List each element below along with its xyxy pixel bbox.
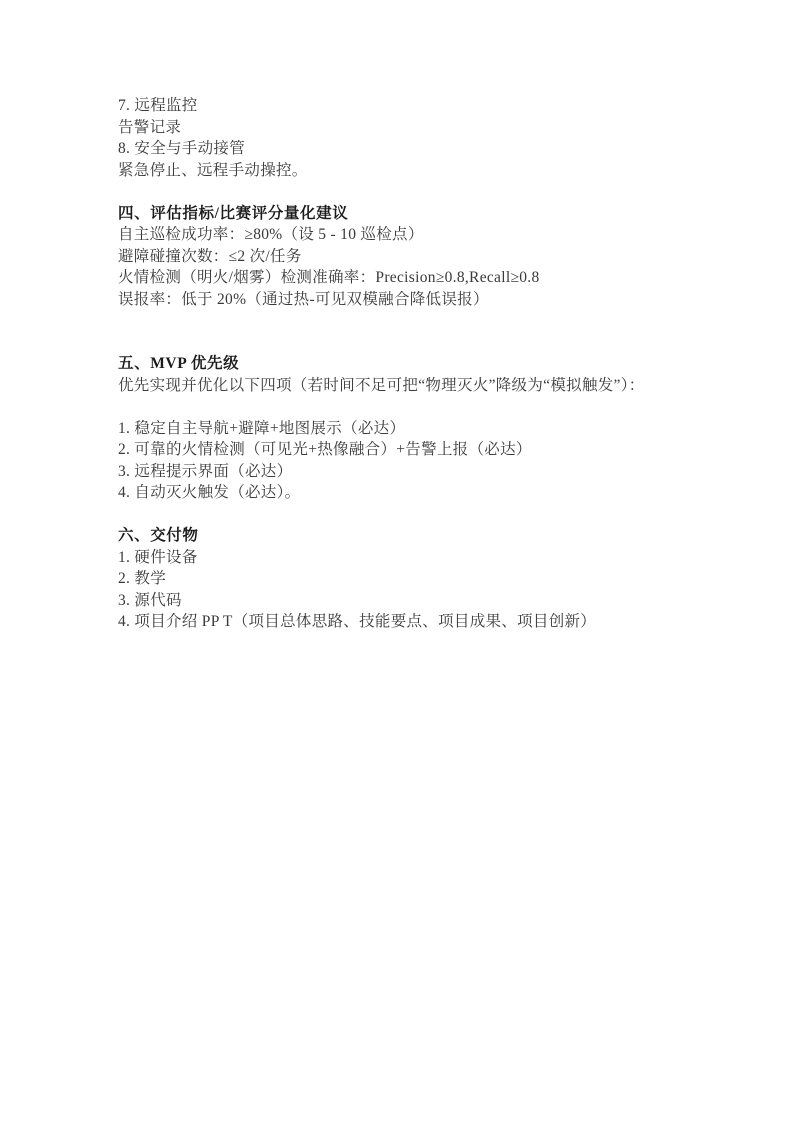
document-page: 7. 远程监控告警记录8. 安全与手动接管紧急停止、远程手动操控。四、评估指标/… [0, 0, 793, 1122]
text-line: 优先实现并优化以下四项（若时间不足可把“物理灭火”降级为“模拟触发”）： [118, 375, 733, 397]
blank-line [118, 504, 733, 526]
text-line: 4. 自动灭火触发（必达）。 [118, 482, 733, 504]
text-line: 3. 源代码 [118, 590, 733, 612]
blank-line [118, 181, 733, 203]
text-line: 7. 远程监控 [118, 95, 733, 117]
text-line: 2. 教学 [118, 568, 733, 590]
text-line: 4. 项目介绍 PP T（项目总体思路、技能要点、项目成果、项目创新） [118, 611, 733, 633]
section-heading: 六、交付物 [118, 525, 733, 547]
text-line: 告警记录 [118, 117, 733, 139]
text-line: 紧急停止、远程手动操控。 [118, 160, 733, 182]
text-line: 8. 安全与手动接管 [118, 138, 733, 160]
text-line: 2. 可靠的火情检测（可见光+热像融合）+告警上报（必达） [118, 439, 733, 461]
document-content: 7. 远程监控告警记录8. 安全与手动接管紧急停止、远程手动操控。四、评估指标/… [0, 0, 793, 633]
section-heading: 四、评估指标/比赛评分量化建议 [118, 203, 733, 225]
blank-line [118, 396, 733, 418]
text-line: 1. 稳定自主导航+避障+地图展示（必达） [118, 418, 733, 440]
text-line: 自主巡检成功率：≥80%（设 5 - 10 巡检点） [118, 224, 733, 246]
text-line: 误报率：低于 20%（通过热-可见双模融合降低误报） [118, 289, 733, 311]
text-line: 避障碰撞次数：≤2 次/任务 [118, 246, 733, 268]
text-line: 1. 硬件设备 [118, 547, 733, 569]
text-line: 火情检测（明火/烟雾）检测准确率：Precision≥0.8,Recall≥0.… [118, 267, 733, 289]
blank-line [118, 332, 733, 354]
section-heading: 五、MVP 优先级 [118, 353, 733, 375]
blank-line [118, 310, 733, 332]
text-line: 3. 远程提示界面（必达） [118, 461, 733, 483]
